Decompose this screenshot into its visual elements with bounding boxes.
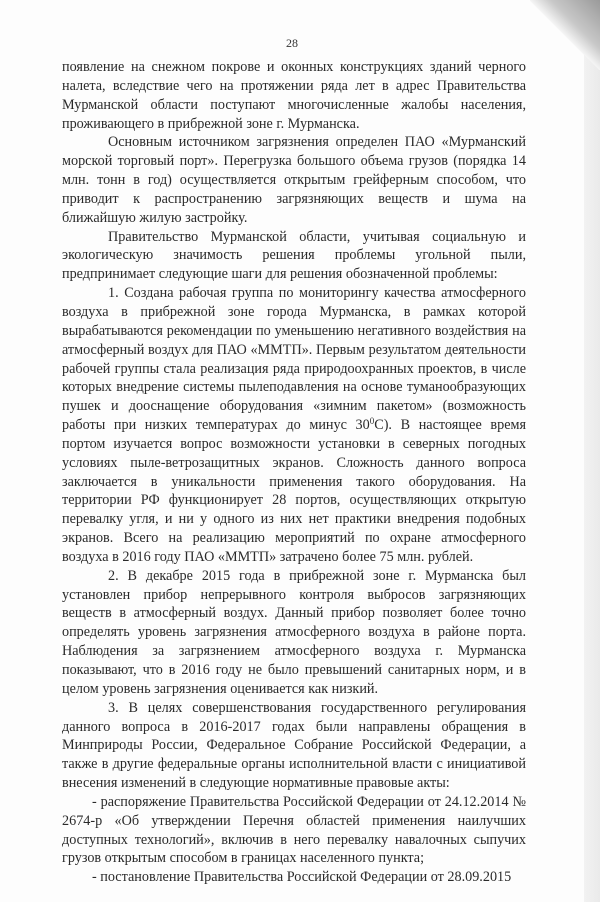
list-item-resolution-2015: - постановление Правительства Российской… (62, 868, 526, 887)
document-body: появление на снежном покрове и оконных к… (62, 58, 526, 887)
step-1-text-b: С). В настоящее время портом изучается в… (62, 417, 526, 565)
paragraph-pollution-source: Основным источником загрязнения определе… (62, 133, 526, 227)
step-1-text-a: 1. Создана рабочая группа по мониторингу… (62, 285, 526, 433)
page-number: 28 (0, 36, 584, 51)
list-item-decree-2674: - распоряжение Правительства Российской … (62, 793, 526, 868)
page-edge-shadow (584, 0, 600, 902)
paragraph-step-1: 1. Создана рабочая группа по мониторингу… (62, 284, 526, 567)
paragraph-step-3: 3. В целях совершенствования государстве… (62, 699, 526, 793)
paragraph-step-2: 2. В декабре 2015 года в прибрежной зоне… (62, 567, 526, 699)
page-corner-fold (530, 0, 600, 70)
paragraph-continuation: появление на снежном покрове и оконных к… (62, 58, 526, 133)
paragraph-government-steps: Правительство Мурманской области, учитыв… (62, 228, 526, 285)
